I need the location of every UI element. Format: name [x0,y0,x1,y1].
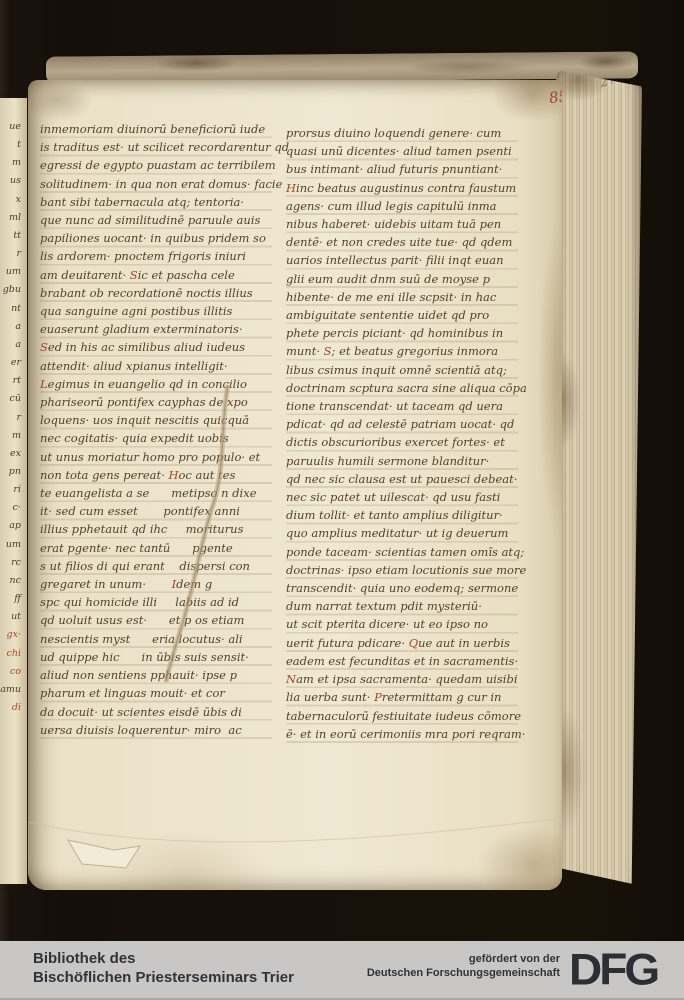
manuscript-line: eadem est fecunditas et in sacramentis· [286,652,518,670]
manuscript-line: que nunc ad similitudinē paruule auis [40,211,272,229]
manuscript-line: ut scit pterita dicere· ut eo ipso no [286,615,518,633]
manuscript-line: glii eum audit dnm suū de moyse p [286,270,518,288]
manuscript-line: dentē· et non credes uite tue· qd qdem [286,233,518,251]
manuscript-line: nibus haberet· uidebis uitam tuā pen [286,215,518,233]
manuscript-line: ml [0,209,21,227]
funding-line2: Deutschen Forschungsgemeinschaft [367,967,560,981]
funding-attribution: gefördert von der Deutschen Forschungsge… [367,953,560,980]
manuscript-line: munt· S; et beatus gregorius inmora [286,342,518,360]
manuscript-line: r [0,245,21,263]
manuscript-line: er [0,354,21,372]
manuscript-line: tabernaculorū festiuitate iudeus cōmore [286,707,518,725]
manuscript-line: doctrinas· ipso etiam locutionis sue mor… [286,561,518,579]
manuscript-line: bant sibi tabernacula atq; tentoria· [40,193,272,211]
manuscript-line: qd nec sic clausa est ut pauesci debeat· [286,470,518,488]
manuscript-line: rt [0,372,21,390]
manuscript-line: ambiguitate sententie uidet qd pro [286,306,518,324]
manuscript-line: qd uoluit usus est· et p os etiam [40,611,272,629]
manuscript-line: ap [0,517,21,535]
manuscript-line: s ut filios di qui erant dispersi con [40,557,272,575]
manuscript-line: ponde taceam· scientias tamen omīs atq; [286,543,518,561]
manuscript-line: qua sanguine agni postibus illitis [40,302,272,320]
manuscript-line: rc [0,554,21,572]
manuscript-right-column: prorsus diuino loquendi genere· cumquasi… [286,124,518,744]
manuscript-line: us [0,172,21,190]
manuscript-line: pdicat· qd ad celestē patriam uocat· qd [286,415,518,433]
manuscript-line: phete percis piciant· qd hominibus in [286,324,518,342]
manuscript-line: ut [0,608,21,626]
manuscript-line: loquens· uos inquit nescitis quicquā [40,411,272,429]
manuscript-line: tt [0,227,21,245]
manuscript-line: ē· et in eorū cerimoniis mra pori reqram… [286,725,518,743]
manuscript-line: erat pgente· nec tantū pgente [40,539,272,557]
library-name-line2: Bischöflichen Priesterseminars Trier [33,968,294,987]
manuscript-line: am deuitarent· Sic et pascha cele [40,266,272,284]
manuscript-line: nc [0,572,21,590]
manuscript-line: brabant ob recordationē noctis illius [40,284,272,302]
manuscript-line: pharum et linguas mouit· et cor [40,684,272,702]
manuscript-line: gregaret in unum· Idem g [40,575,272,593]
page-bottom-contour [28,818,562,890]
book-fore-edge: 27 [556,70,642,892]
manuscript-line: uarios intellectus parit· filii inqt eua… [286,251,518,269]
manuscript-line: Legimus in euangelio qd in concilio [40,375,272,393]
manuscript-line: ue [0,118,21,136]
manuscript-line: ex [0,445,21,463]
manuscript-line: m [0,427,21,445]
manuscript-line: r [0,409,21,427]
manuscript-line: Nam et ipsa sacramenta· quedam uisibi [286,670,518,688]
manuscript-line: tione transcendat· ut taceam qd uera [286,397,518,415]
manuscript-line: dum narrat textum pdit mysteriū· [286,597,518,615]
manuscript-line: chi [0,645,21,663]
manuscript-line: te euangelista a se metipso n dixe [40,484,272,502]
manuscript-line: gx· [0,626,21,644]
manuscript-left-column: inmemoriam diuinorū beneficiorū iudeis t… [40,120,272,740]
manuscript-line: uerit futura pdicare· Que aut in uerbis [286,634,518,652]
manuscript-line: t [0,136,21,154]
manuscript-line: prorsus diuino loquendi genere· cum [286,124,518,142]
manuscript-line: cū [0,390,21,408]
manuscript-line: amu [0,681,21,699]
manuscript-line: quo amplius meditatur· ut ig deuerum [286,524,518,542]
scanned-manuscript-page: 27 uetmusxmlttrumgbuntaaerrtcūrmexpnric·… [0,0,684,1000]
manuscript-line: libus csimus inquit omnē scientiā atq; [286,361,518,379]
manuscript-line: lis ardorem· pnoctem frigoris iniuri [40,247,272,265]
manuscript-line: doctrinam scptura sacra sine aliqua cōpa [286,379,518,397]
manuscript-line: nt [0,300,21,318]
manuscript-line: egressi de egypto puastam ac terribilem [40,156,272,174]
manuscript-page: 85 inmemoriam diuinorū beneficiorū iudei… [28,80,562,890]
funding-line1: gefördert von der [367,953,560,967]
manuscript-line: x [0,191,21,209]
parchment-tear [68,840,140,868]
manuscript-line: a [0,336,21,354]
manuscript-line: aliud non sentiens pphauit· ipse p [40,666,272,684]
manuscript-line: a [0,318,21,336]
manuscript-line: quasi unū dicentes· aliud tamen psenti [286,142,518,160]
manuscript-line: co [0,663,21,681]
manuscript-line: gbu [0,281,21,299]
manuscript-line: di [0,699,21,717]
book-top-edge [46,51,638,83]
previous-page-sliver: uetmusxmlttrumgbuntaaerrtcūrmexpnric·apu… [0,98,27,884]
manuscript-line: is traditus est· ut scilicet recordarent… [40,138,272,156]
manuscript-line: uersa diuisis loquerentur· miro ac [40,721,272,739]
manuscript-line: pn [0,463,21,481]
manuscript-line: nescientis myst eria locutus· ali [40,630,272,648]
manuscript-line: ri [0,481,21,499]
manuscript-line: ff [0,590,21,608]
manuscript-line: euaserunt gladium exterminatoris· [40,320,272,338]
manuscript-line: um [0,536,21,554]
dfg-logo: DFG [569,942,657,996]
manuscript-line: bus intimant· aliud futuris pnuntiant· [286,160,518,178]
manuscript-line: Hinc beatus augustinus contra faustum [286,179,518,197]
manuscript-line: nec cogitatis· quia expedit uobis [40,429,272,447]
manuscript-line: inmemoriam diuinorū beneficiorū iude [40,120,272,138]
manuscript-line: c· [0,499,21,517]
manuscript-line: lia uerba sunt· Pretermittam g cur in [286,688,518,706]
manuscript-line: it· sed cum esset pontifex anni [40,502,272,520]
manuscript-line: hibente· de me eni ille scpsit· in hac [286,288,518,306]
manuscript-line: phariseorū pontifex cayphas de xpo [40,393,272,411]
manuscript-line: dictis obscurioribus exercet fortes· et [286,433,518,451]
digitization-footer-bar: Bibliothek des Bischöflichen Priestersem… [0,941,684,1000]
manuscript-line: spc qui homicide illi labiis ad id [40,593,272,611]
manuscript-line: m [0,154,21,172]
manuscript-line: da docuit· ut scientes eisdē ūbis di [40,703,272,721]
manuscript-line: ud quippe hic in ūbis suis sensit· [40,648,272,666]
manuscript-line: Sed in his ac similibus aliud iudeus [40,338,272,356]
library-name-line1: Bibliothek des [33,949,294,968]
manuscript-line: nec sic patet ut uilescat· qd usu fasti [286,488,518,506]
manuscript-line: illius pphetauit qd ihc moriturus [40,520,272,538]
manuscript-line: dium tollit· et tanto amplius diligitur· [286,506,518,524]
library-attribution: Bibliothek des Bischöflichen Priestersem… [33,949,294,987]
manuscript-line: papiliones uocant· in quibus pridem so [40,229,272,247]
manuscript-line: ut unus moriatur homo pro populo· et [40,448,272,466]
manuscript-line: um [0,263,21,281]
manuscript-line: non tota gens pereat· Hoc aut tes [40,466,272,484]
folio-number: 85 [548,87,562,107]
manuscript-line: attendit· aliud xpianus intelligit· [40,357,272,375]
manuscript-line: transcendit· quia uno eodemq; sermone [286,579,518,597]
manuscript-line: paruulis humili sermone blanditur· [286,452,518,470]
manuscript-line: solitudinem· in qua non erat domus· faci… [40,175,272,193]
previous-page-text-fragments: uetmusxmlttrumgbuntaaerrtcūrmexpnric·apu… [0,118,21,717]
manuscript-line: agens· cum illud legis capitulū inma [286,197,518,215]
